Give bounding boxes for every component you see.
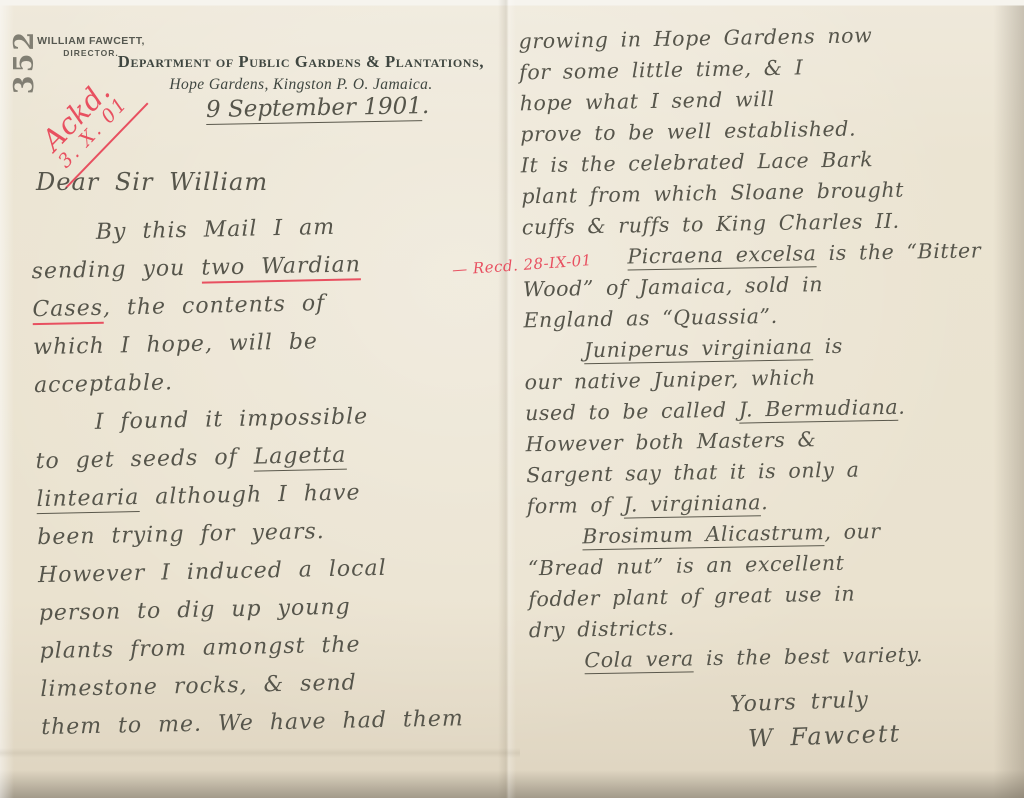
letterhead: Department of Public Gardens & Plantatio… bbox=[100, 52, 502, 94]
text-segment: our native Juniper, which bbox=[524, 365, 816, 394]
text-segment: for some little time, & I bbox=[519, 55, 804, 84]
department-name: Department of Public Gardens & Plantatio… bbox=[100, 52, 502, 72]
text-segment: It is the celebrated Lace Bark bbox=[521, 147, 874, 177]
text-segment: Wood” of Jamaica, sold in bbox=[523, 272, 824, 301]
letter-body-left-page: By this Mail I amsending you two Wardian… bbox=[30, 205, 533, 747]
text-segment: . bbox=[898, 395, 906, 419]
date-text: 9 September 1901 bbox=[206, 93, 422, 125]
underlined-text: Cases bbox=[32, 296, 103, 325]
text-segment: , our bbox=[824, 519, 881, 544]
text-segment: dry districts. bbox=[529, 616, 675, 643]
underlined-text: Picraena excelsa bbox=[627, 241, 817, 270]
text-segment: is the “Bitter bbox=[816, 238, 981, 265]
text-segment: “Bread nut” is an excellent bbox=[528, 551, 845, 581]
text-segment: used to be called bbox=[525, 398, 739, 426]
text-segment: sending you bbox=[31, 256, 201, 285]
underlined-text: Brosimum Alicastrum bbox=[582, 520, 825, 550]
salutation: Dear Sir William bbox=[36, 168, 268, 196]
text-segment: cuffs & ruffs to King Charles II. bbox=[522, 209, 900, 240]
text-segment: form of bbox=[527, 493, 624, 519]
text-segment: is bbox=[812, 334, 843, 359]
text-segment: . bbox=[761, 490, 769, 514]
text-segment: plants from amongst the bbox=[39, 632, 360, 664]
text-segment: person to dig up young bbox=[39, 595, 351, 627]
text-segment: fodder plant of great use in bbox=[528, 582, 855, 612]
letter-body-right-page: growing in Hope Gardens nowfor some litt… bbox=[518, 18, 1023, 678]
signature: W Fawcett bbox=[748, 719, 902, 752]
closing-line: Yours truly bbox=[730, 688, 870, 718]
text-segment: By this Mail I am bbox=[96, 215, 336, 245]
text-segment: However I induced a local bbox=[38, 556, 387, 588]
text-segment: plant from which Sloane brought bbox=[521, 178, 904, 209]
text-segment: which I hope, will be bbox=[33, 329, 318, 360]
underlined-text: Lagetta bbox=[253, 443, 346, 472]
date-period: . bbox=[422, 93, 430, 119]
text-segment: , the contents of bbox=[103, 291, 326, 321]
date-line: 9 September 1901. bbox=[206, 93, 430, 123]
text-segment: them to me. We have had them bbox=[41, 706, 464, 740]
horizontal-crease bbox=[0, 748, 520, 758]
underlined-text: J. virginiana bbox=[623, 490, 761, 518]
text-segment: However both Masters & bbox=[525, 427, 816, 456]
underlined-text: J. Bermudiana bbox=[739, 395, 899, 424]
text-segment: acceptable. bbox=[34, 370, 173, 398]
underlined-text: Juniperus virginiana bbox=[584, 334, 813, 364]
text-segment: growing in Hope Gardens now bbox=[518, 23, 872, 53]
official-name: WILLIAM FAWCETT, bbox=[28, 35, 154, 47]
text-segment: is the best variety. bbox=[694, 642, 924, 670]
text-segment: been trying for years. bbox=[37, 519, 325, 550]
underlined-text: two Wardian bbox=[201, 252, 361, 283]
text-segment: England as “Quassia”. bbox=[523, 304, 778, 332]
letter-scan: 352 WILLIAM FAWCETT, DIRECTOR. Ackd. 3. … bbox=[0, 0, 1024, 798]
text-segment: prove to be well established. bbox=[520, 116, 856, 146]
text-segment: limestone rocks, & send bbox=[40, 670, 357, 702]
underlined-text: Cola vera bbox=[584, 646, 694, 674]
text-segment: I found it impossible bbox=[95, 404, 369, 435]
underlined-text: lintearia bbox=[36, 485, 139, 514]
text-segment: Sargent say that it is only a bbox=[526, 457, 860, 487]
text-segment: to get seeds of bbox=[35, 445, 254, 475]
address-line: Hope Gardens, Kingston P. O. Jamaica. bbox=[100, 76, 502, 94]
text-segment: although I have bbox=[139, 480, 361, 510]
text-segment: hope what I send will bbox=[519, 87, 774, 115]
handwritten-line: Cola vera is the best variety. bbox=[584, 638, 1023, 677]
